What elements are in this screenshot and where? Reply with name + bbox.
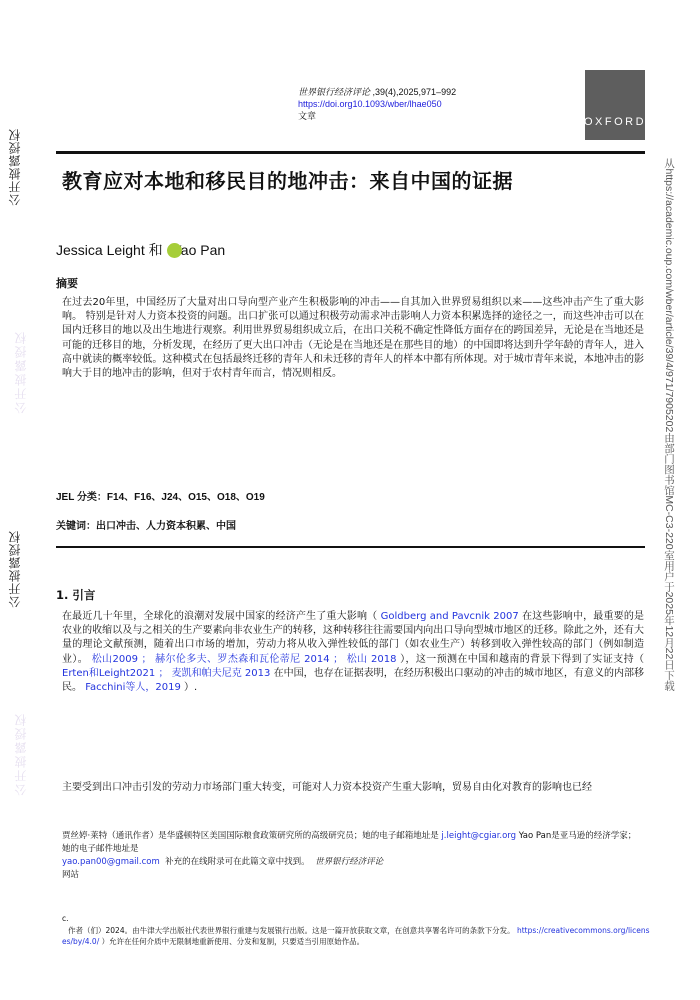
footnote-text: 贾丝婷·莱特（通讯作者）是华盛顿特区美国国际粮食政策研究所的高级研究员；她的电子… (62, 831, 441, 841)
ghost-watermark-top: 公开披露授权 (12, 330, 29, 414)
footnote-website: 网站 (62, 870, 79, 880)
citation-separator: ； (155, 668, 171, 679)
abstract-heading: 摘要 (56, 275, 78, 291)
intro-text: ）. (181, 682, 197, 693)
journal-header: 世界银行经济评论 ,39(4),2025,971–992 https://doi… (298, 86, 456, 122)
citation-volume: ,39(4),2025,971–992 (370, 87, 456, 97)
intro-text: 在最近几十年里，全球化的浪潮对发展中国家的经济产生了重大影响（ (62, 611, 381, 622)
citation-link[interactable]: Erten和Leight2021 (62, 668, 155, 679)
intro-text: ），这一预测在中国和越南的背景下得到了实证支持（ (397, 654, 645, 665)
copyright-notice: c. 作者（们）2024。由牛津大学出版社代表世界银行重建与发展银行出版。这是一… (62, 913, 652, 948)
citation-link[interactable]: 松山2009 (92, 654, 138, 665)
author-1[interactable]: Jessica Leight (56, 242, 145, 258)
section-heading-introduction: 1. 引言 (56, 587, 95, 603)
citation-separator: ； (138, 654, 155, 665)
jel-classification: JEL 分类：F14、F16、J24、O15、O18、O19 (56, 488, 265, 503)
download-watermark: 从https://academic.oup.com/wber/article/3… (662, 158, 677, 691)
email-link-pan[interactable]: yao.pan00@gmail.com (62, 857, 160, 867)
citation-link[interactable]: Facchini等人，2019 (85, 682, 181, 693)
side-label-open-disclosure-top: 公开披露授权 (6, 128, 23, 206)
email-link-leight[interactable]: j.leight@cgiar.org (441, 831, 516, 841)
copyright-symbol: c. (62, 913, 652, 925)
citation-link[interactable]: 赫尔伦多夫、罗杰森和瓦伦蒂尼 2014 (155, 654, 329, 665)
citation-separator: ； (330, 654, 347, 665)
keywords: 关键词：出口冲击、人力资本积累、中国 (56, 517, 236, 532)
author-line: Jessica Leight 和 iD Yao Pan (56, 240, 225, 260)
article-title: 教育应对本地和移民目的地冲击：来自中国的证据 (62, 165, 513, 194)
citation-link[interactable]: 松山 2018 (347, 654, 397, 665)
oxford-logo: OXFORD (585, 70, 645, 140)
doi-link[interactable]: https://doi.org10.1093/wber/lhae050 (298, 99, 442, 109)
abstract-text: 在过去20年里，中国经历了大量对出口导向型产业产生积极影响的冲击——自其加入世界… (62, 296, 644, 381)
section-divider (56, 546, 645, 548)
ghost-watermark-bottom: 公开披露授权 (12, 712, 29, 796)
orcid-icon[interactable]: iD (167, 243, 182, 258)
author-footnote: 贾丝婷·莱特（通讯作者）是华盛顿特区美国国际粮食政策研究所的高级研究员；她的电子… (62, 830, 644, 882)
author-conjunction: 和 (145, 240, 167, 260)
citation-link[interactable]: 麦凯和帕夫尼克 2013 (172, 668, 271, 679)
copyright-text: ）允许在任何介质中无限制地重新使用、分发和复制，只要适当引用原始作品。 (99, 937, 364, 946)
intro-paragraph-2: 主要受到出口冲击引发的劳动力市场部门重大转变，可能对人力资本投资产生重大影响，贸… (62, 781, 644, 796)
side-label-open-disclosure-bottom: 公开披露授权 (6, 530, 23, 608)
journal-name-footnote: 世界银行经济评论 (315, 857, 383, 867)
article-type: 文章 (298, 110, 456, 122)
oxford-logo-text: OXFORD (584, 116, 646, 128)
citation-link[interactable]: Goldberg and Pavcnik 2007 (381, 611, 519, 622)
citation-line: 世界银行经济评论 ,39(4),2025,971–992 (298, 86, 456, 98)
title-divider (56, 151, 645, 154)
copyright-text: 作者（们）2024。由牛津大学出版社代表世界银行重建与发展银行出版。这是一篇开放… (62, 926, 517, 935)
footnote-text: 补充的在线附录可在此篇文章中找到。 (160, 857, 315, 867)
intro-paragraph-1: 在最近几十年里，全球化的浪潮对发展中国家的经济产生了重大影响（ Goldberg… (62, 610, 644, 695)
journal-name: 世界银行经济评论 (298, 87, 370, 97)
